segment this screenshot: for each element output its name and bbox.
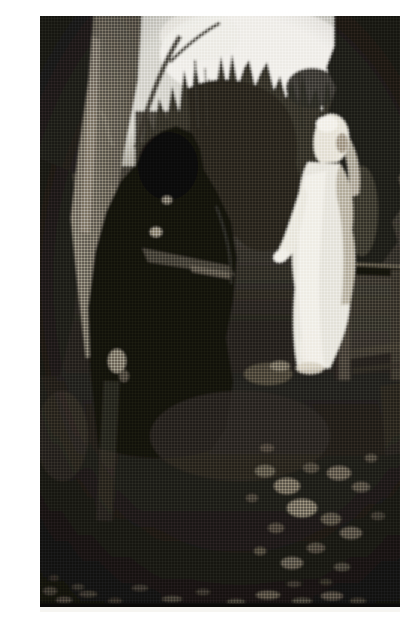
- paper-margin: [40, 607, 400, 612]
- plate-bottom-rule: [40, 604, 400, 608]
- vignette: [40, 16, 400, 612]
- painting-canvas: [40, 16, 400, 612]
- painting-plate: [40, 16, 400, 612]
